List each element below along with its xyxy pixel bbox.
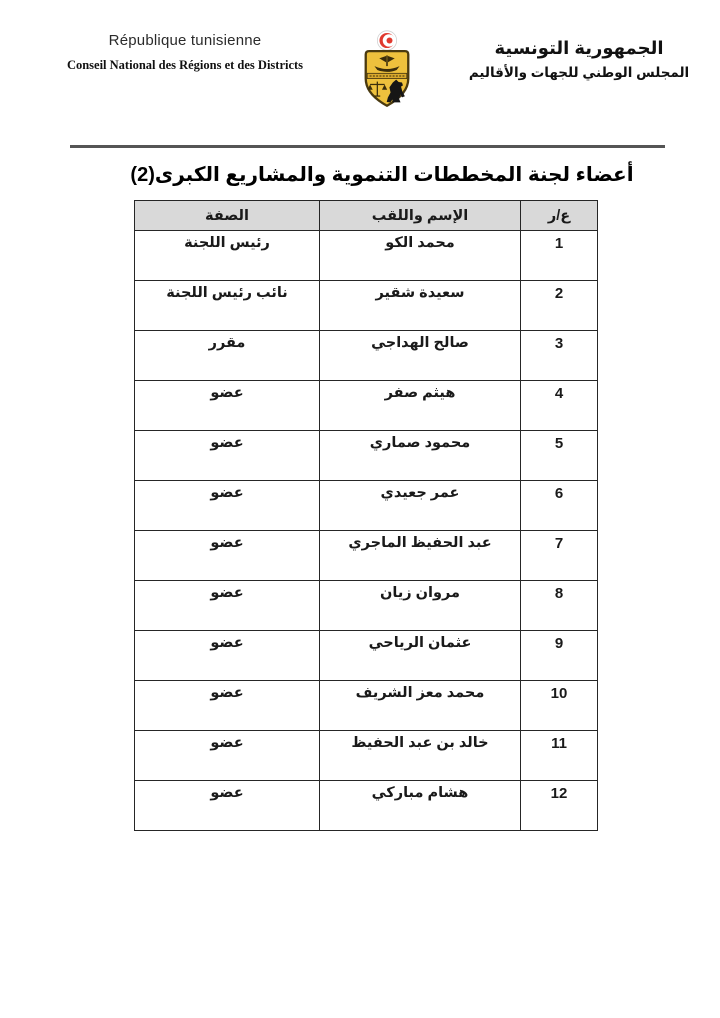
table-body: 1 محمد الكو رئيس اللجنة 2 سعيدة شقير نائ… [135,231,598,831]
member-name: مروان زيان [320,581,521,631]
member-role: عضو [135,481,320,531]
member-name: صالح الهداجي [320,331,521,381]
table-row: 7 عبد الحفيظ الماجري عضو [135,531,598,581]
table-row: 9 عثمان الرياحي عضو [135,631,598,681]
member-role: عضو [135,581,320,631]
member-number: 7 [521,531,598,581]
member-number: 5 [521,431,598,481]
tunisia-coat-of-arms-icon [358,28,416,115]
table-row: 10 محمد معز الشريف عضو [135,681,598,731]
member-name: محمد معز الشريف [320,681,521,731]
member-number: 9 [521,631,598,681]
member-name: عبد الحفيظ الماجري [320,531,521,581]
member-name: عثمان الرياحي [320,631,521,681]
document-header: République tunisienne Conseil National d… [0,0,720,115]
member-role: رئيس اللجنة [135,231,320,281]
member-number: 4 [521,381,598,431]
member-name: هشام مباركي [320,781,521,831]
member-role: عضو [135,381,320,431]
member-number: 10 [521,681,598,731]
member-number: 12 [521,781,598,831]
member-role: عضو [135,631,320,681]
council-name-french: Conseil National des Régions et des Dist… [60,58,310,73]
column-header-name: الإسم واللقب [320,201,521,231]
table-row: 12 هشام مباركي عضو [135,781,598,831]
member-name: هيثم صفر [320,381,521,431]
table-row: 5 محمود صماري عضو [135,431,598,481]
member-name: محمود صماري [320,431,521,481]
member-number: 3 [521,331,598,381]
column-header-number: ع/ر [521,201,598,231]
member-name: سعيدة شقير [320,281,521,331]
member-role: نائب رئيس اللجنة [135,281,320,331]
republic-name-french: République tunisienne [60,32,310,49]
table-header-row: ع/ر الإسم واللقب الصفة [135,201,598,231]
member-number: 1 [521,231,598,281]
column-header-role: الصفة [135,201,320,231]
republic-name-arabic: الجمهورية التونسية [464,38,694,59]
council-name-arabic: المجلس الوطني للجهات والأقاليم [464,65,694,81]
page-title: أعضاء لجنة المخططات التنموية والمشاريع ا… [0,162,720,187]
member-role: مقرر [135,331,320,381]
document-page: République tunisienne Conseil National d… [0,0,720,1018]
table-row: 4 هيثم صفر عضو [135,381,598,431]
member-role: عضو [135,681,320,731]
table-row: 6 عمر جعيدي عضو [135,481,598,531]
member-role: عضو [135,531,320,581]
member-number: 6 [521,481,598,531]
member-role: عضو [135,731,320,781]
member-number: 2 [521,281,598,331]
member-name: محمد الكو [320,231,521,281]
members-table: ع/ر الإسم واللقب الصفة 1 محمد الكو رئيس … [134,200,598,831]
member-role: عضو [135,781,320,831]
member-name: عمر جعيدي [320,481,521,531]
table-row: 8 مروان زيان عضو [135,581,598,631]
member-number: 8 [521,581,598,631]
table-row: 3 صالح الهداجي مقرر [135,331,598,381]
header-arabic-block: الجمهورية التونسية المجلس الوطني للجهات … [464,26,694,81]
table-row: 1 محمد الكو رئيس اللجنة [135,231,598,281]
table-row: 2 سعيدة شقير نائب رئيس اللجنة [135,281,598,331]
header-french-block: République tunisienne Conseil National d… [60,26,310,73]
member-name: خالد بن عبد الحفيظ [320,731,521,781]
table-head: ع/ر الإسم واللقب الصفة [135,201,598,231]
member-role: عضو [135,431,320,481]
member-number: 11 [521,731,598,781]
header-divider [70,145,665,148]
table-row: 11 خالد بن عبد الحفيظ عضو [135,731,598,781]
